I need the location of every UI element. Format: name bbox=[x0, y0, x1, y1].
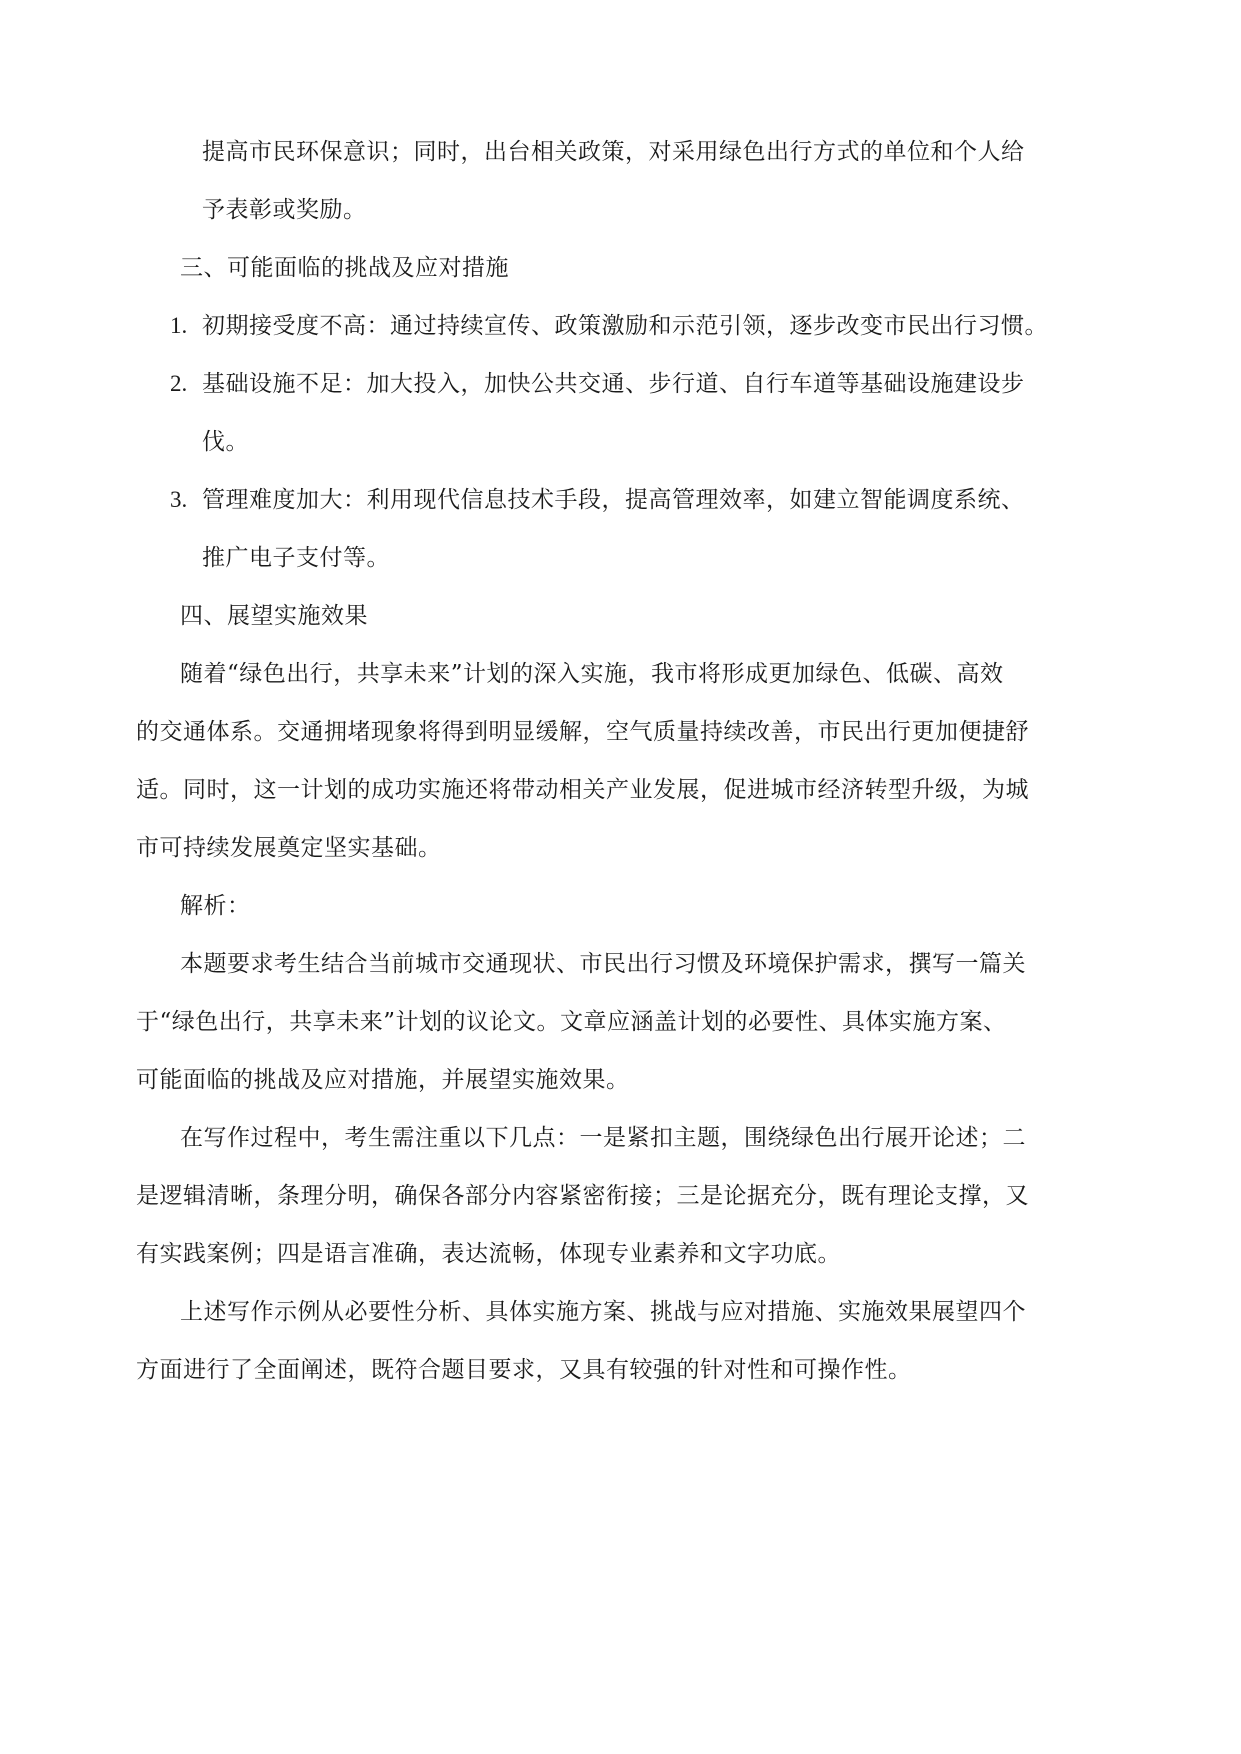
section-heading-outlook: 四、展望实施效果 bbox=[180, 601, 368, 631]
list-item-text: 管理难度加大：利用现代信息技术手段，提高管理效率，如建立智能调度系统、 bbox=[202, 485, 1025, 515]
list-item-text: 初期接受度不高：通过持续宣传、政策激励和示范引领，逐步改变市民出行习惯。 bbox=[202, 311, 1048, 341]
paragraph-line: 随着“绿色出行，共享未来”计划的深入实施，我市将形成更加绿色、低碳、高效 bbox=[180, 659, 1004, 689]
paragraph-line: 市可持续发展奠定坚实基础。 bbox=[136, 833, 442, 863]
paragraph-line: 是逻辑清晰，条理分明，确保各部分内容紧密衔接；三是论据充分，既有理论支撑，又 bbox=[136, 1181, 1029, 1211]
paragraph-line: 于“绿色出行，共享未来”计划的议论文。文章应涵盖计划的必要性、具体实施方案、 bbox=[136, 1007, 1007, 1037]
list-item-number: 3. bbox=[170, 485, 187, 515]
paragraph-line: 在写作过程中，考生需注重以下几点：一是紧扣主题，围绕绿色出行展开论述；二 bbox=[180, 1123, 1026, 1153]
continuation-line-1: 提高市民环保意识；同时，出台相关政策，对采用绿色出行方式的单位和个人给 bbox=[202, 137, 1025, 167]
paragraph-line: 可能面临的挑战及应对措施，并展望实施效果。 bbox=[136, 1065, 630, 1095]
paragraph-line: 有实践案例；四是语言准确，表达流畅，体现专业素养和文字功底。 bbox=[136, 1239, 841, 1269]
list-item-number: 1. bbox=[170, 311, 187, 341]
document-page: 提高市民环保意识；同时，出台相关政策，对采用绿色出行方式的单位和个人给 予表彰或… bbox=[0, 0, 1241, 1754]
list-item-text: 基础设施不足：加大投入，加快公共交通、步行道、自行车道等基础设施建设步 bbox=[202, 369, 1025, 399]
paragraph-line: 上述写作示例从必要性分析、具体实施方案、挑战与应对措施、实施效果展望四个 bbox=[180, 1297, 1026, 1327]
list-item-number: 2. bbox=[170, 369, 187, 399]
list-item-text: 伐。 bbox=[202, 427, 249, 457]
paragraph-line: 的交通体系。交通拥堵现象将得到明显缓解，空气质量持续改善，市民出行更加便捷舒 bbox=[136, 717, 1029, 747]
paragraph-line: 方面进行了全面阐述，既符合题目要求，又具有较强的针对性和可操作性。 bbox=[136, 1355, 912, 1385]
paragraph-line: 适。同时，这一计划的成功实施还将带动相关产业发展，促进城市经济转型升级，为城 bbox=[136, 775, 1029, 805]
list-item-text: 推广电子支付等。 bbox=[202, 543, 390, 573]
analysis-label: 解析： bbox=[180, 891, 251, 921]
continuation-line-2: 予表彰或奖励。 bbox=[202, 195, 367, 225]
section-heading-challenges: 三、可能面临的挑战及应对措施 bbox=[180, 253, 509, 283]
paragraph-line: 本题要求考生结合当前城市交通现状、市民出行习惯及环境保护需求，撰写一篇关 bbox=[180, 949, 1026, 979]
